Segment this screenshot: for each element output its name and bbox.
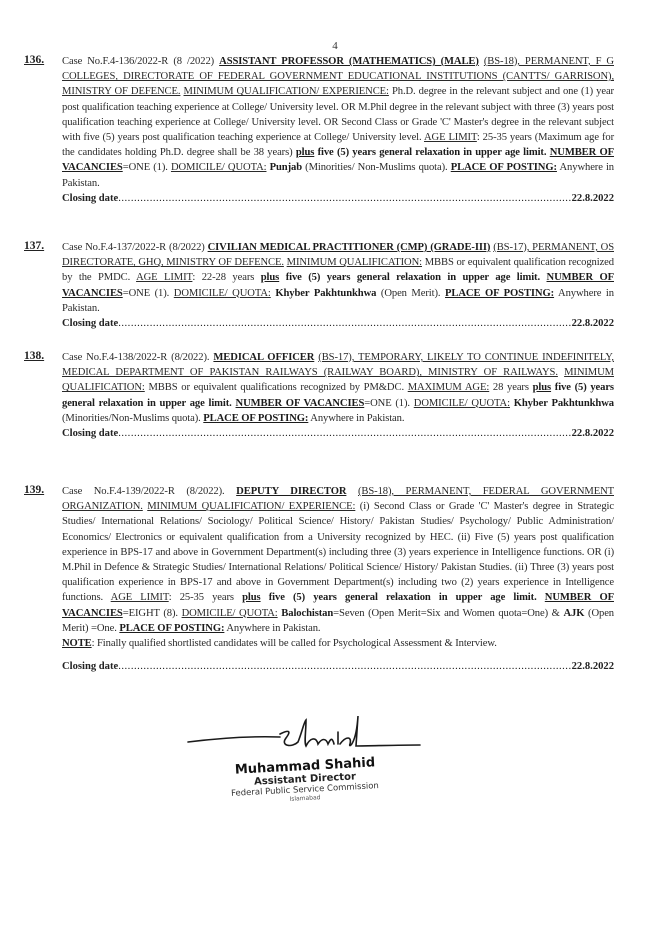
post-title: ASSISTANT PROFESSOR (MATHEMATICS) (MALE) [219,56,479,67]
entry-number: 139. [24,484,44,496]
age-label: AGE LIMIT [111,592,169,603]
qualification-label: MINIMUM QUALIFICATION/ EXPERIENCE: [147,501,355,512]
entry-number: 138. [24,350,44,362]
signature-block: Muhammad Shahid Assistant Director Feder… [180,712,430,802]
domicile-label: DOMICILE/ QUOTA: [174,288,271,299]
vacancies-text: =ONE (1). [123,288,170,299]
leader-dots [118,316,571,331]
relaxation-text: five (5) years general relaxation in upp… [286,272,540,283]
qualification-text: (i) Second Class or Grade 'C' Master's d… [62,501,614,603]
vacancies-text: =ONE (1). [123,162,168,173]
closing-date: 22.8.2022 [572,191,614,206]
plus-text: plus [296,147,314,158]
post-title: MEDICAL OFFICER [213,352,314,363]
posting-text: Anywhere in Pakistan. [226,623,320,634]
closing-date-row: Closing date 22.8.2022 [62,659,614,674]
entry-body: Case No.F.4-136/2022-R (8 /2022) ASSISTA… [62,54,614,191]
closing-label: Closing date [62,191,118,206]
entry-number: 137. [24,240,44,252]
advertisement-entry-138: 138. Case No.F.4-138/2022-R (8/2022). ME… [24,350,614,441]
domicile-region: Khyber Pakhtunkhwa [275,288,376,299]
closing-date: 22.8.2022 [572,426,614,441]
closing-date: 22.8.2022 [572,659,614,674]
closing-date: 22.8.2022 [572,316,614,331]
age-text: 28 years [489,382,529,393]
domicile-text: (Minorities/ Non-Muslims quota). [305,162,447,173]
qualification-label: MINIMUM QUALIFICATION/ EXPERIENCE: [184,86,389,97]
advertisement-entry-139: 139. Case No.F.4-139/2022-R (8/2022). DE… [24,484,614,674]
closing-date-row: Closing date 22.8.2022 [62,426,614,441]
note-label: NOTE [62,638,92,649]
age-text: : 25-35 years [169,592,234,603]
posting-label: PLACE OF POSTING: [119,623,224,634]
closing-label: Closing date [62,426,118,441]
domicile-region: Balochistan [281,608,333,619]
note-text: : Finally qualified shortlisted candidat… [92,638,497,649]
case-number: Case No.F.4-136/2022-R (8 /2022) [62,56,214,67]
domicile-text: (Minorities/Non-Muslims quota). [62,413,201,424]
qualification-text: MBBS or equivalent qualifications recogn… [148,382,404,393]
plus-text: plus [261,272,279,283]
page-number: 4 [0,40,670,52]
vacancies-label: NUMBER OF VACANCIES [236,398,365,409]
relaxation-text: five (5) years general relaxation in upp… [318,147,547,158]
post-title: DEPUTY DIRECTOR [236,486,346,497]
vacancies-text: =EIGHT (8). [123,608,178,619]
closing-label: Closing date [62,316,118,331]
leader-dots [118,426,571,441]
entry-body: Case No.F.4-138/2022-R (8/2022). MEDICAL… [62,350,614,426]
domicile-text: =Seven (Open Merit=Six and Women quota=O… [333,608,560,619]
entry-body: Case No.F.4-137/2022-R (8/2022) CIVILIAN… [62,240,614,316]
qualification-label: MINIMUM QUALIFICATION: [287,257,422,268]
handwritten-signature-icon [180,712,430,757]
domicile-text: (Open Merit). [381,288,441,299]
entry-number: 136. [24,54,44,66]
entry-body: Case No.F.4-139/2022-R (8/2022). DEPUTY … [62,484,614,651]
posting-label: PLACE OF POSTING: [445,288,554,299]
advertisement-entry-137: 137. Case No.F.4-137/2022-R (8/2022) CIV… [24,240,614,331]
case-number: Case No.F.4-137/2022-R (8/2022) [62,242,205,253]
age-label: AGE LIMIT [136,272,192,283]
vacancies-text: =ONE (1). [364,398,410,409]
age-label: MAXIMUM AGE: [408,382,489,393]
leader-dots [118,659,571,674]
domicile-label: DOMICILE/ QUOTA: [182,608,278,619]
relaxation-text: five (5) years general relaxation in upp… [269,592,537,603]
age-text: : 22-28 years [192,272,254,283]
leader-dots [118,191,571,206]
posting-label: PLACE OF POSTING: [451,162,557,173]
age-label: AGE LIMIT [424,132,477,143]
posting-label: PLACE OF POSTING: [203,413,308,424]
domicile-region: Khyber Pakhtunkhwa [514,398,614,409]
closing-date-row: Closing date 22.8.2022 [62,191,614,206]
plus-text: plus [533,382,551,393]
domicile-label: DOMICILE/ QUOTA: [171,162,267,173]
posting-text: Anywhere in Pakistan. [310,413,404,424]
advertisement-entry-136: 136. Case No.F.4-136/2022-R (8 /2022) AS… [24,54,614,206]
post-title: CIVILIAN MEDICAL PRACTITIONER (CMP) (GRA… [208,242,491,253]
closing-date-row: Closing date 22.8.2022 [62,316,614,331]
domicile-label: DOMICILE/ QUOTA: [414,398,510,409]
domicile-region-2: AJK [563,608,584,619]
plus-text: plus [242,592,260,603]
case-number: Case No.F.4-138/2022-R (8/2022). [62,352,209,363]
case-number: Case No.F.4-139/2022-R (8/2022). [62,486,225,497]
closing-label: Closing date [62,659,118,674]
domicile-region: Punjab [270,162,302,173]
